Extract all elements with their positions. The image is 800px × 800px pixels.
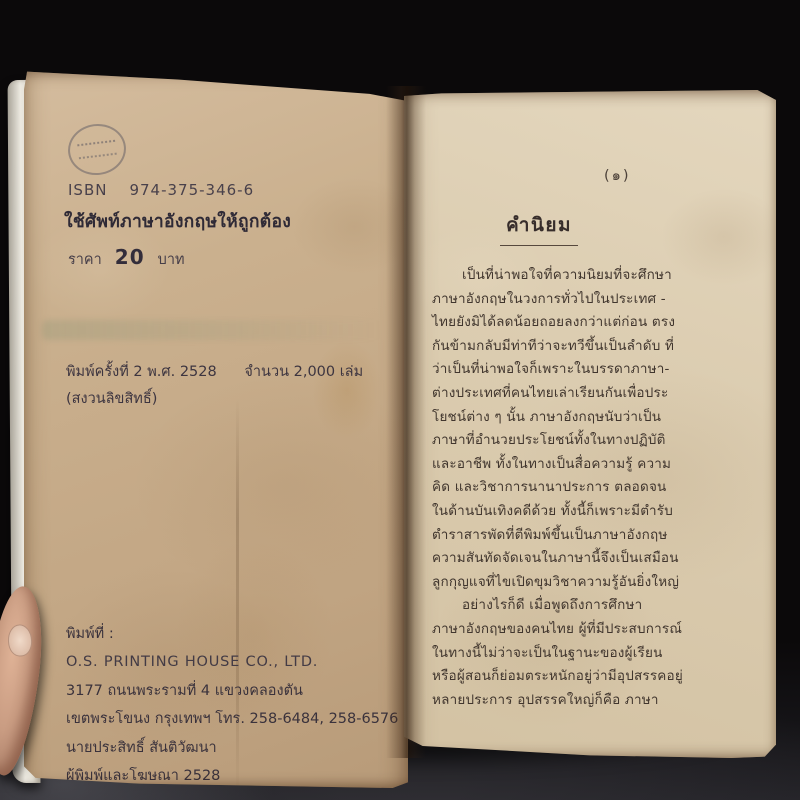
isbn-value: 974-375-346-6 [129,181,254,199]
preface-body: เป็นที่น่าพอใจที่ความนิยมที่จะศึกษาภาษาอ… [432,264,750,712]
text-line: 3177 ถนนพระรามที่ 4 แขวงคลองตัน [66,677,398,706]
paper-stain [312,340,382,440]
text-line: ไทยยังมิได้ลดน้อยถอยลงกว่าแต่ก่อน ตรง [432,311,750,335]
text-line: นายประสิทธิ์ สันติวัฒนา [66,734,398,763]
text-line: ในทางนี้ไม่ว่าจะเป็นในฐานะของผู้เรียน [432,642,750,666]
text-line: ว่าเป็นที่น่าพอใจก็เพราะในบรรดาภาษา- [432,358,750,382]
text-line: ความสันทัดจัดเจนในภาษานี้จึงเป็นเสมือน [432,547,750,571]
preface-paragraph-1: เป็นที่น่าพอใจที่ความนิยมที่จะศึกษาภาษาอ… [432,264,750,594]
publisher-stamp-icon [65,121,129,179]
price-line: ราคา 20 บาท [68,245,185,271]
text-line: หลายประการ อุปสรรคใหญ่ก็คือ ภาษา [432,689,750,713]
text-line: ผู้พิมพ์และโฆษณา 2528 [66,762,398,791]
text-line: เขตพระโขนง กรุงเทพฯ โทร. 258-6484, 258-6… [66,705,398,734]
isbn-line: ISBN 974-375-346-6 [68,181,254,199]
text-line: คิด และวิชาการนานาประการ ตลอดจน [432,476,750,500]
text-line: เป็นที่น่าพอใจที่ความนิยมที่จะศึกษา [432,264,750,288]
left-page: ISBN 974-375-346-6 ใช้ศัพท์ภาษาอังกฤษให้… [24,68,408,788]
text-line: อย่างไรก็ดี เมื่อพูดถึงการศึกษา [432,594,750,618]
copyright-line: (สงวนลิขสิทธิ์) [66,387,157,410]
edition-line: พิมพ์ครั้งที่ 2 พ.ศ. 2528 จำนวน 2,000 เล… [66,360,363,383]
page-number: (๑) [604,164,631,187]
photo-scene: ISBN 974-375-346-6 ใช้ศัพท์ภาษาอังกฤษให้… [0,0,800,800]
preface-heading: คำนิยม [500,210,578,246]
text-line: O.S. PRINTING HOUSE CO., LTD. [66,648,398,677]
ink-showthrough [42,320,382,340]
text-line: ภาษาที่อำนวยประโยชน์ทั้งในทางปฏิบัติ [432,429,750,453]
text-line: ภาษาอังกฤษของคนไทย ผู้ที่มีประสบการณ์ [432,618,750,642]
printer-block: พิมพ์ที่ : O.S. PRINTING HOUSE CO., LTD.… [66,620,398,791]
book-title: ใช้ศัพท์ภาษาอังกฤษให้ถูกต้อง [64,207,291,235]
price-label: ราคา [68,248,102,271]
preface-paragraph-2: อย่างไรก็ดี เมื่อพูดถึงการศึกษาภาษาอังกฤ… [432,594,750,712]
thumbnail-nail [7,624,33,657]
text-line: และอาชีพ ทั้งในทางเป็นสื่อความรู้ ความ [432,453,750,477]
right-page: (๑) คำนิยม เป็นที่น่าพอใจที่ความนิยมที่จ… [404,90,776,758]
stamp-band [77,140,117,160]
text-line: หรือผู้สอนก็ย่อมตระหนักอยู่ว่ามีอุปสรรคอ… [432,665,750,689]
text-line: ลูกกุญแจที่ไขเปิดขุมวิชาความรู้อันยิ่งให… [432,571,750,595]
text-line: ภาษาอังกฤษในวงการทั่วไปในประเทศ - [432,288,750,312]
text-line: ต่างประเทศที่คนไทยเล่าเรียนกันเพื่อประ [432,382,750,406]
text-line: ในด้านบันเทิงคดีด้วย ทั้งนี้ก็เพราะมีตำร… [432,500,750,524]
price-unit: บาท [158,248,185,271]
printed-at-label: พิมพ์ที่ : [66,620,398,648]
text-line: โยชน์ต่าง ๆ นั้น ภาษาอังกฤษนับว่าเป็น [432,406,750,430]
price-value: 20 [115,245,145,269]
text-line: ตำราสารพัดที่ตีพิมพ์ขึ้นเป็นภาษาอังกฤษ [432,524,750,548]
text-line: กันข้ามกลับมีท่าทีว่าจะทวีขึ้นเป็นลำดับ … [432,335,750,359]
printer-address: O.S. PRINTING HOUSE CO., LTD.3177 ถนนพระ… [66,648,398,791]
isbn-label: ISBN [68,181,107,199]
